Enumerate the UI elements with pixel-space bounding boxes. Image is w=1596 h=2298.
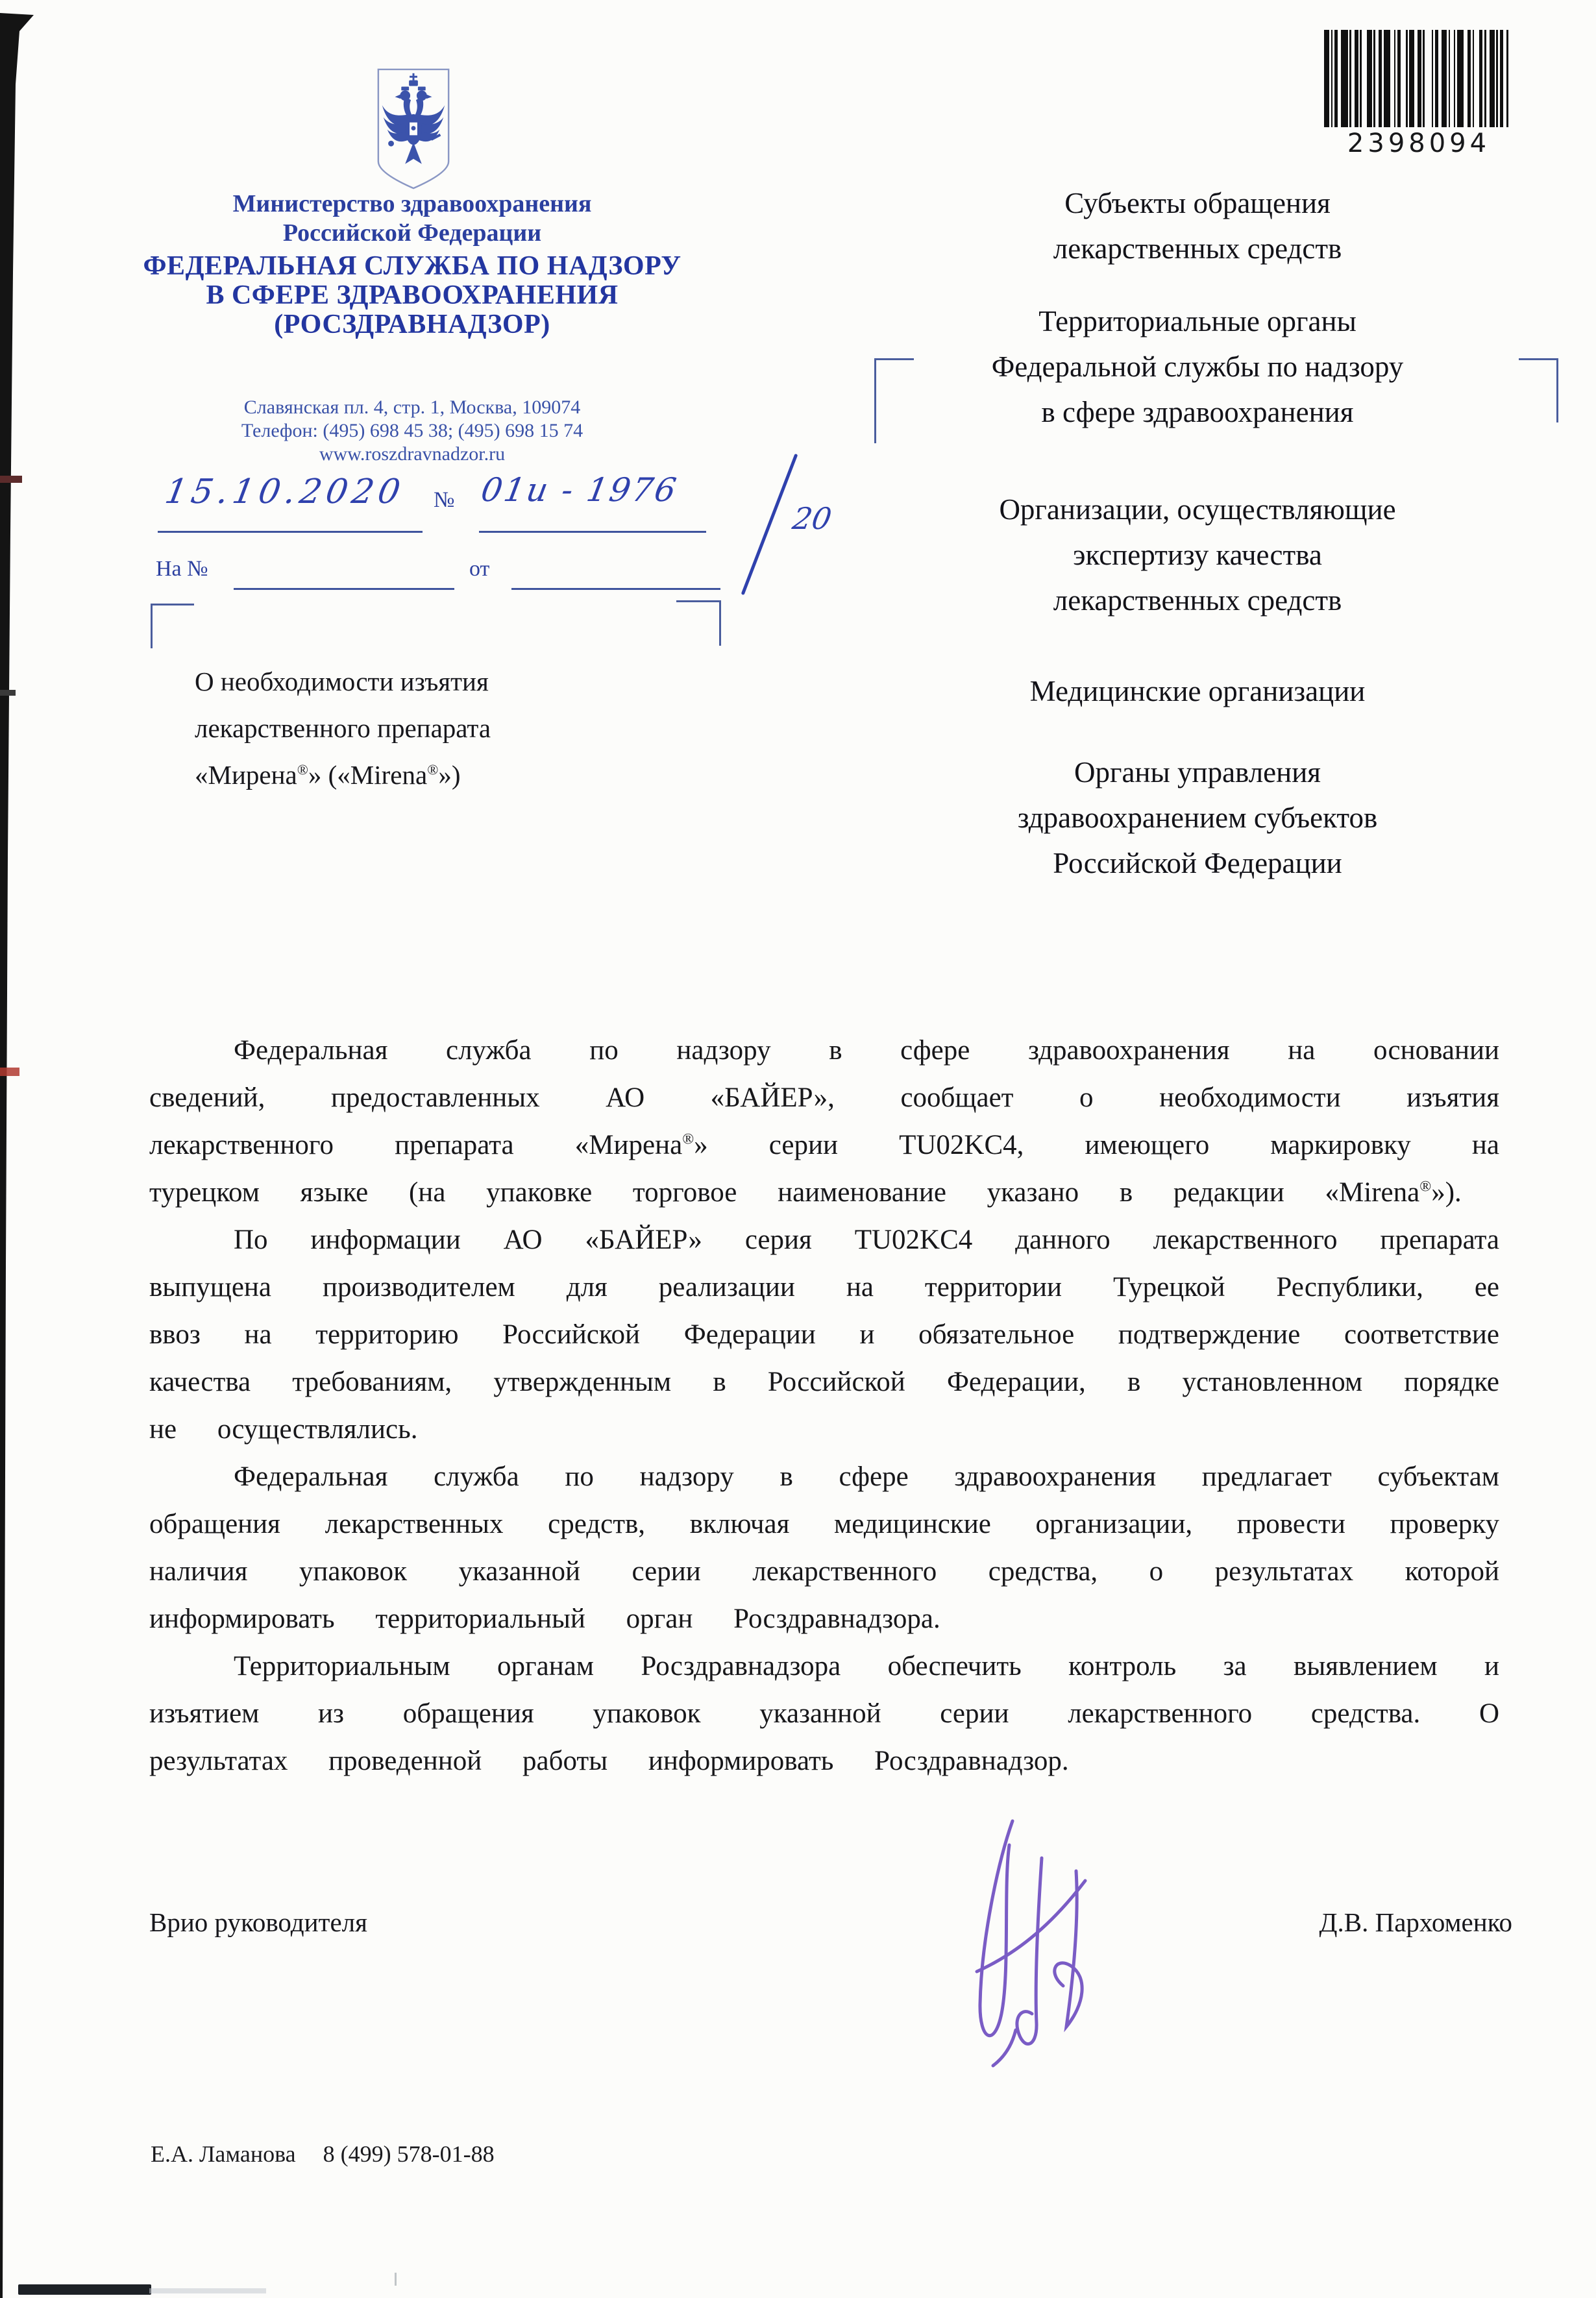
scan-artifact — [0, 690, 16, 696]
addressee-line: здравоохранением субъектов — [870, 795, 1525, 840]
handwritten-signature — [909, 1809, 1129, 2075]
addressee-block: Территориальные органыФедеральной службы… — [870, 299, 1525, 435]
scan-artifact — [395, 2273, 397, 2286]
handwritten-number: 01и - 1976 — [478, 471, 681, 509]
addressee-line: Российской Федерации — [870, 840, 1525, 886]
barcode-bar — [1324, 30, 1329, 127]
agency-line: (РОСЗДРАВНАДЗОР) — [130, 310, 694, 339]
barcode-bar — [1409, 30, 1414, 127]
addressee-line: в сфере здравоохранения — [870, 389, 1525, 435]
executor-phone: 8 (499) 578-01-88 — [323, 2141, 495, 2167]
scan-artifact — [0, 1068, 19, 1076]
addressee-list: Субъекты обращениялекарственных средствТ… — [870, 180, 1525, 886]
ministry-name: Министерство здравоохранения Российской … — [130, 189, 694, 248]
number-sign-label: № — [434, 488, 454, 513]
barcode-bar — [1442, 30, 1447, 127]
addressee-line: лекарственных средств — [870, 578, 1525, 623]
barcode-number: 2398094 — [1324, 128, 1514, 158]
body-paragraph: Федеральная служба по надзору в сфере зд… — [149, 1027, 1499, 1216]
agency-address: Славянская пл. 4, стр. 1, Москва, 109074 — [130, 396, 694, 419]
signer-title: Врио руководителя — [149, 1907, 367, 1938]
addressee-block: Медицинские организации — [870, 668, 1525, 714]
barcode-gap — [1401, 30, 1406, 127]
agency-name: ФЕДЕРАЛЬНАЯ СЛУЖБА ПО НАДЗОРУ В СФЕРЕ ЗД… — [130, 252, 694, 339]
letter-body: Федеральная служба по надзору в сфере зд… — [149, 1027, 1499, 1785]
barcode-bar — [1367, 30, 1372, 127]
subject-corner-mark — [676, 600, 721, 646]
scan-artifact — [149, 2288, 266, 2293]
subject-corner-mark — [151, 604, 194, 648]
barcode-bars — [1324, 30, 1514, 127]
agency-phone: Телефон: (495) 698 45 38; (495) 698 15 7… — [130, 419, 694, 443]
barcode-bar — [1457, 30, 1464, 127]
body-paragraph: Федеральная служба по надзору в сфере зд… — [149, 1453, 1499, 1643]
russia-coat-of-arms-icon — [372, 67, 455, 191]
scan-edge-artifact — [0, 0, 39, 2298]
addressee-line: экспертизу качества — [870, 532, 1525, 578]
addressee-block: Субъекты обращениялекарственных средств — [870, 180, 1525, 271]
addressee-block: Организации, осуществляющиеэкспертизу ка… — [870, 487, 1525, 623]
barcode-gap — [1425, 30, 1432, 127]
scan-artifact — [18, 2284, 151, 2295]
number-underline — [479, 531, 706, 533]
agency-website: www.roszdravnadzor.ru — [130, 443, 694, 466]
addressee-line: Медицинские организации — [870, 668, 1525, 714]
subject-line: О необходимости изъятия — [195, 658, 779, 705]
addressee-line: Субъекты обращения — [870, 180, 1525, 226]
addressee-line: Федеральной службы по надзору — [870, 344, 1525, 389]
reply-to-number-label: На № — [156, 557, 208, 581]
addressee-line: лекарственных средств — [870, 226, 1525, 271]
subject-block: О необходимости изъятиялекарственного пр… — [195, 658, 779, 798]
ministry-line: Российской Федерации — [130, 219, 694, 248]
barcode-bar — [1341, 30, 1348, 127]
agency-contacts: Славянская пл. 4, стр. 1, Москва, 109074… — [130, 396, 694, 466]
subject-line: лекарственного препарата — [195, 705, 779, 752]
addressee-block: Органы управленияздравоохранением субъек… — [870, 750, 1525, 886]
agency-line: ФЕДЕРАЛЬНАЯ СЛУЖБА ПО НАДЗОРУ — [130, 252, 694, 281]
scan-artifact — [0, 476, 22, 483]
executor-name: Е.А. Ламанова — [151, 2141, 296, 2167]
barcode-bar — [1384, 30, 1391, 127]
handwritten-slash — [741, 454, 798, 595]
reply-number-underline — [234, 588, 454, 590]
agency-line: В СФЕРЕ ЗДРАВООХРАНЕНИЯ — [130, 281, 694, 310]
date-underline — [158, 531, 423, 533]
body-paragraph: По информации АО «БАЙЕР» серия TU02KC4 д… — [149, 1216, 1499, 1453]
reply-from-label: от — [469, 557, 489, 581]
signer-name: Д.В. Пархоменко — [1227, 1907, 1512, 1938]
barcode: 2398094 — [1324, 30, 1514, 158]
barcode-gap — [1362, 30, 1367, 127]
scanned-letter-page: 2398094 — [0, 0, 1596, 2298]
reply-date-underline — [511, 588, 720, 590]
subject-line: «Мирена®» («Mirena®») — [195, 752, 779, 798]
barcode-gap — [1508, 30, 1514, 127]
ministry-line: Министерство здравоохранения — [130, 189, 694, 219]
handwritten-number-suffix: 20 — [790, 501, 834, 536]
barcode-bar — [1490, 30, 1495, 127]
addressee-line: Территориальные органы — [870, 299, 1525, 344]
addressee-line: Организации, осуществляющие — [870, 487, 1525, 532]
body-paragraph: Территориальным органам Росздравнадзора … — [149, 1643, 1499, 1785]
handwritten-date: 15.10.2020 — [162, 472, 408, 511]
addressee-line: Органы управления — [870, 750, 1525, 795]
barcode-gap — [1474, 30, 1479, 127]
executor-line: Е.А. Ламанова8 (499) 578-01-88 — [151, 2140, 495, 2168]
